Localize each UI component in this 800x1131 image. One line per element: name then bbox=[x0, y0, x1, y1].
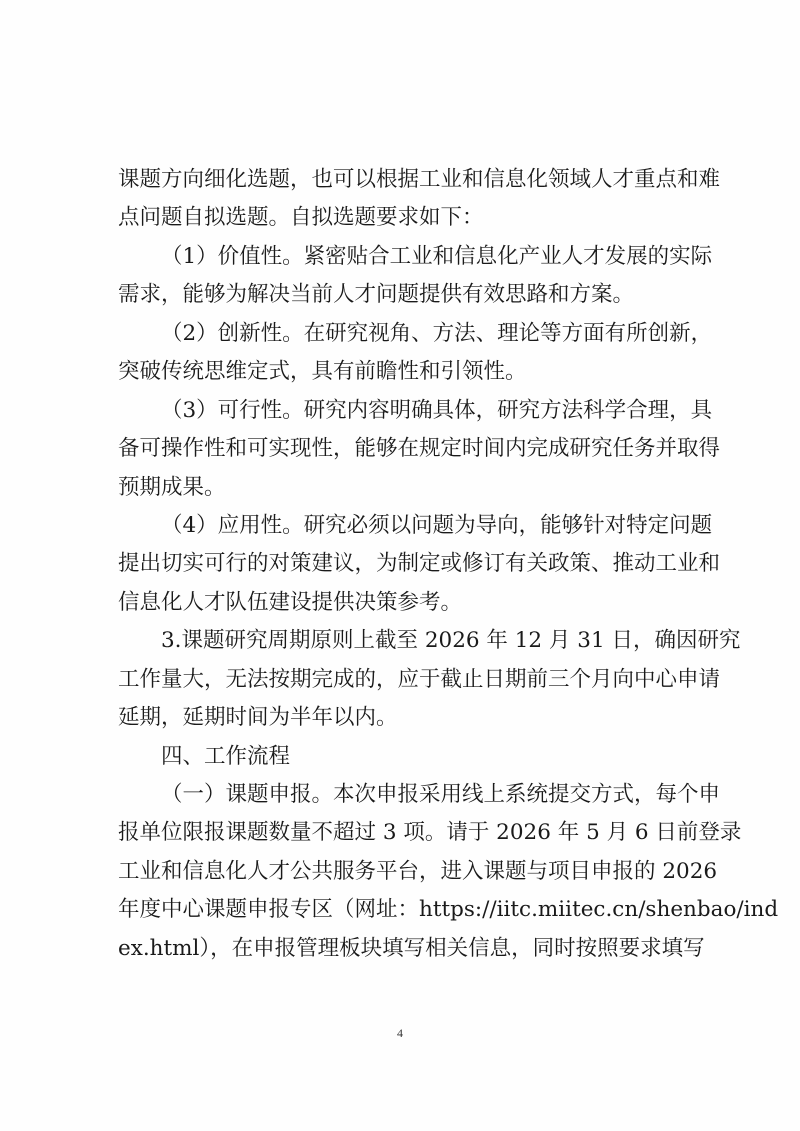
document-body: 课题方向细化选题，也可以根据工业和信息化领域人才重点和难 点问题自拟选题。自拟选… bbox=[118, 161, 684, 968]
paragraph-line-2: 点问题自拟选题。自拟选题要求如下： bbox=[118, 199, 684, 237]
criterion-applicability-line-3: 信息化人才队伍建设提供决策参考。 bbox=[118, 584, 684, 622]
criterion-applicability-line-2: 提出切实可行的对策建议，为制定或修订有关政策、推动工业和 bbox=[118, 545, 684, 583]
research-period-line-3: 延期，延期时间为半年以内。 bbox=[118, 699, 684, 737]
criterion-feasibility-line-3: 预期成果。 bbox=[118, 469, 684, 507]
criterion-innovation-line-1: （2）创新性。在研究视角、方法、理论等方面有所创新， bbox=[118, 315, 684, 353]
criterion-feasibility-line-1: （3）可行性。研究内容明确具体，研究方法科学合理，具 bbox=[118, 392, 684, 430]
criterion-value-line-2: 需求，能够为解决当前人才问题提供有效思路和方案。 bbox=[118, 276, 684, 314]
paragraph-line-1: 课题方向细化选题，也可以根据工业和信息化领域人才重点和难 bbox=[118, 161, 684, 199]
research-period-line-2: 工作量大，无法按期完成的，应于截止日期前三个月向中心申请 bbox=[118, 661, 684, 699]
document-page: 课题方向细化选题，也可以根据工业和信息化领域人才重点和难 点问题自拟选题。自拟选… bbox=[0, 0, 800, 1131]
application-para-line-2: 报单位限报课题数量不超过 3 项。请于 2026 年 5 月 6 日前登录 bbox=[118, 814, 684, 852]
research-period-line-1: 3.课题研究周期原则上截至 2026 年 12 月 31 日，确因研究 bbox=[118, 622, 684, 660]
criterion-value-line-1: （1）价值性。紧密贴合工业和信息化产业人才发展的实际 bbox=[118, 238, 684, 276]
criterion-applicability-line-1: （4）应用性。研究必须以问题为导向，能够针对特定问题 bbox=[118, 507, 684, 545]
application-para-line-1: （一）课题申报。本次申报采用线上系统提交方式，每个申 bbox=[118, 776, 684, 814]
application-para-line-5: ex.html），在申报管理板块填写相关信息，同时按照要求填写 bbox=[118, 930, 684, 968]
criterion-innovation-line-2: 突破传统思维定式，具有前瞻性和引领性。 bbox=[118, 353, 684, 391]
section-heading-workflow: 四、工作流程 bbox=[118, 738, 684, 776]
application-para-line-4: 年度中心课题申报专区（网址：https://iitc.miitec.cn/she… bbox=[118, 891, 684, 929]
page-number: 4 bbox=[0, 1026, 800, 1041]
application-para-line-3: 工业和信息化人才公共服务平台，进入课题与项目申报的 2026 bbox=[118, 853, 684, 891]
criterion-feasibility-line-2: 备可操作性和可实现性，能够在规定时间内完成研究任务并取得 bbox=[118, 430, 684, 468]
